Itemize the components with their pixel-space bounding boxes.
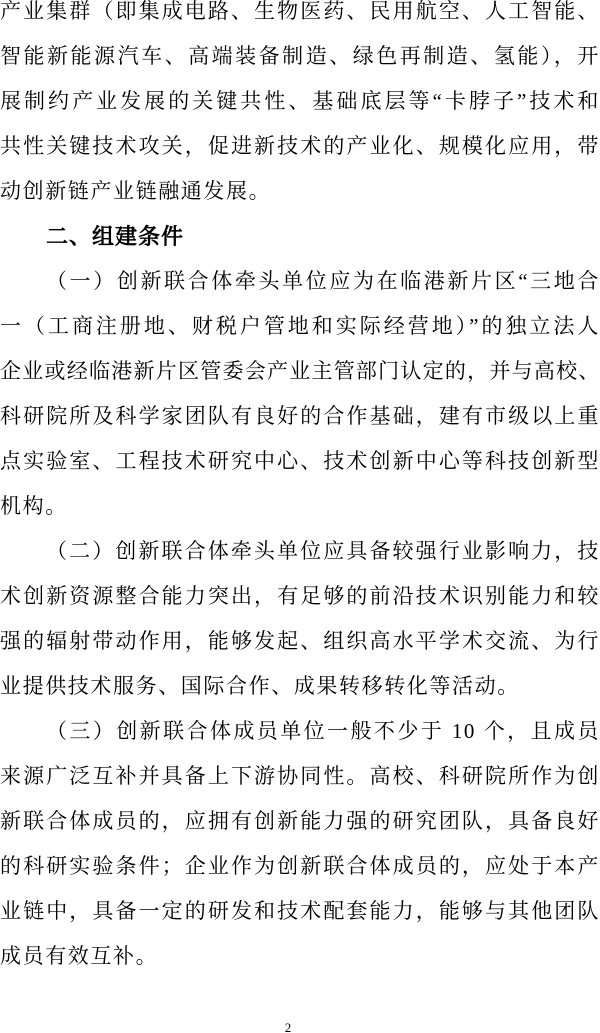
section-heading: 二、组建条件	[0, 214, 600, 259]
text-line: 展制约产业发展的关键共性、基础底层等“卡脖子”技术和	[0, 79, 600, 124]
text-line: 动创新链产业链融通发展。	[0, 169, 600, 214]
paragraph-condition-3: （三）创新联合体成员单位一般不少于 10 个，且成员 来源广泛互补并具备上下游协…	[0, 709, 600, 979]
text-line: 产业集群（即集成电路、生物医药、民用航空、人工智能、	[0, 0, 600, 34]
page-number: 2	[0, 1019, 576, 1033]
text-line: 强的辐射带动作用，能够发起、组织高水平学术交流、为行	[0, 619, 600, 664]
text-line: 新联合体成员的，应拥有创新能力强的研究团队，具备良好	[0, 799, 600, 844]
text-line: （二）创新联合体牵头单位应具备较强行业影响力，技	[0, 529, 600, 574]
text-line: 机构。	[0, 484, 600, 529]
text-line: 企业或经临港新片区管委会产业主管部门认定的，并与高校、	[0, 349, 600, 394]
text-line: （三）创新联合体成员单位一般不少于 10 个，且成员	[0, 709, 600, 754]
text-line: 共性关键技术攻关，促进新技术的产业化、规模化应用，带	[0, 124, 600, 169]
text-line: 一（工商注册地、财税户管地和实际经营地）”的独立法人	[0, 304, 600, 349]
text-line: （一）创新联合体牵头单位应为在临港新片区“三地合	[0, 259, 600, 304]
paragraph-condition-2: （二）创新联合体牵头单位应具备较强行业影响力，技 术创新资源整合能力突出，有足够…	[0, 529, 600, 709]
text-line: 点实验室、工程技术研究中心、技术创新中心等科技创新型	[0, 439, 600, 484]
paragraph-condition-1: （一）创新联合体牵头单位应为在临港新片区“三地合 一（工商注册地、财税户管地和实…	[0, 259, 600, 529]
paragraph-intro: 产业集群（即集成电路、生物医药、民用航空、人工智能、 智能新能源汽车、高端装备制…	[0, 0, 600, 214]
text-line: 来源广泛互补并具备上下游协同性。高校、科研院所作为创	[0, 754, 600, 799]
text-line: 术创新资源整合能力突出，有足够的前沿技术识别能力和较	[0, 574, 600, 619]
text-line: 业链中，具备一定的研发和技术配套能力，能够与其他团队	[0, 889, 600, 934]
text-line: 的科研实验条件；企业作为创新联合体成员的，应处于本产	[0, 844, 600, 889]
text-line: 成员有效互补。	[0, 934, 600, 979]
text-line: 业提供技术服务、国际合作、成果转移转化等活动。	[0, 664, 600, 709]
document-page: 产业集群（即集成电路、生物医药、民用航空、人工智能、 智能新能源汽车、高端装备制…	[0, 0, 600, 979]
text-line: 智能新能源汽车、高端装备制造、绿色再制造、氢能），开	[0, 34, 600, 79]
text-line: 科研院所及科学家团队有良好的合作基础，建有市级以上重	[0, 394, 600, 439]
